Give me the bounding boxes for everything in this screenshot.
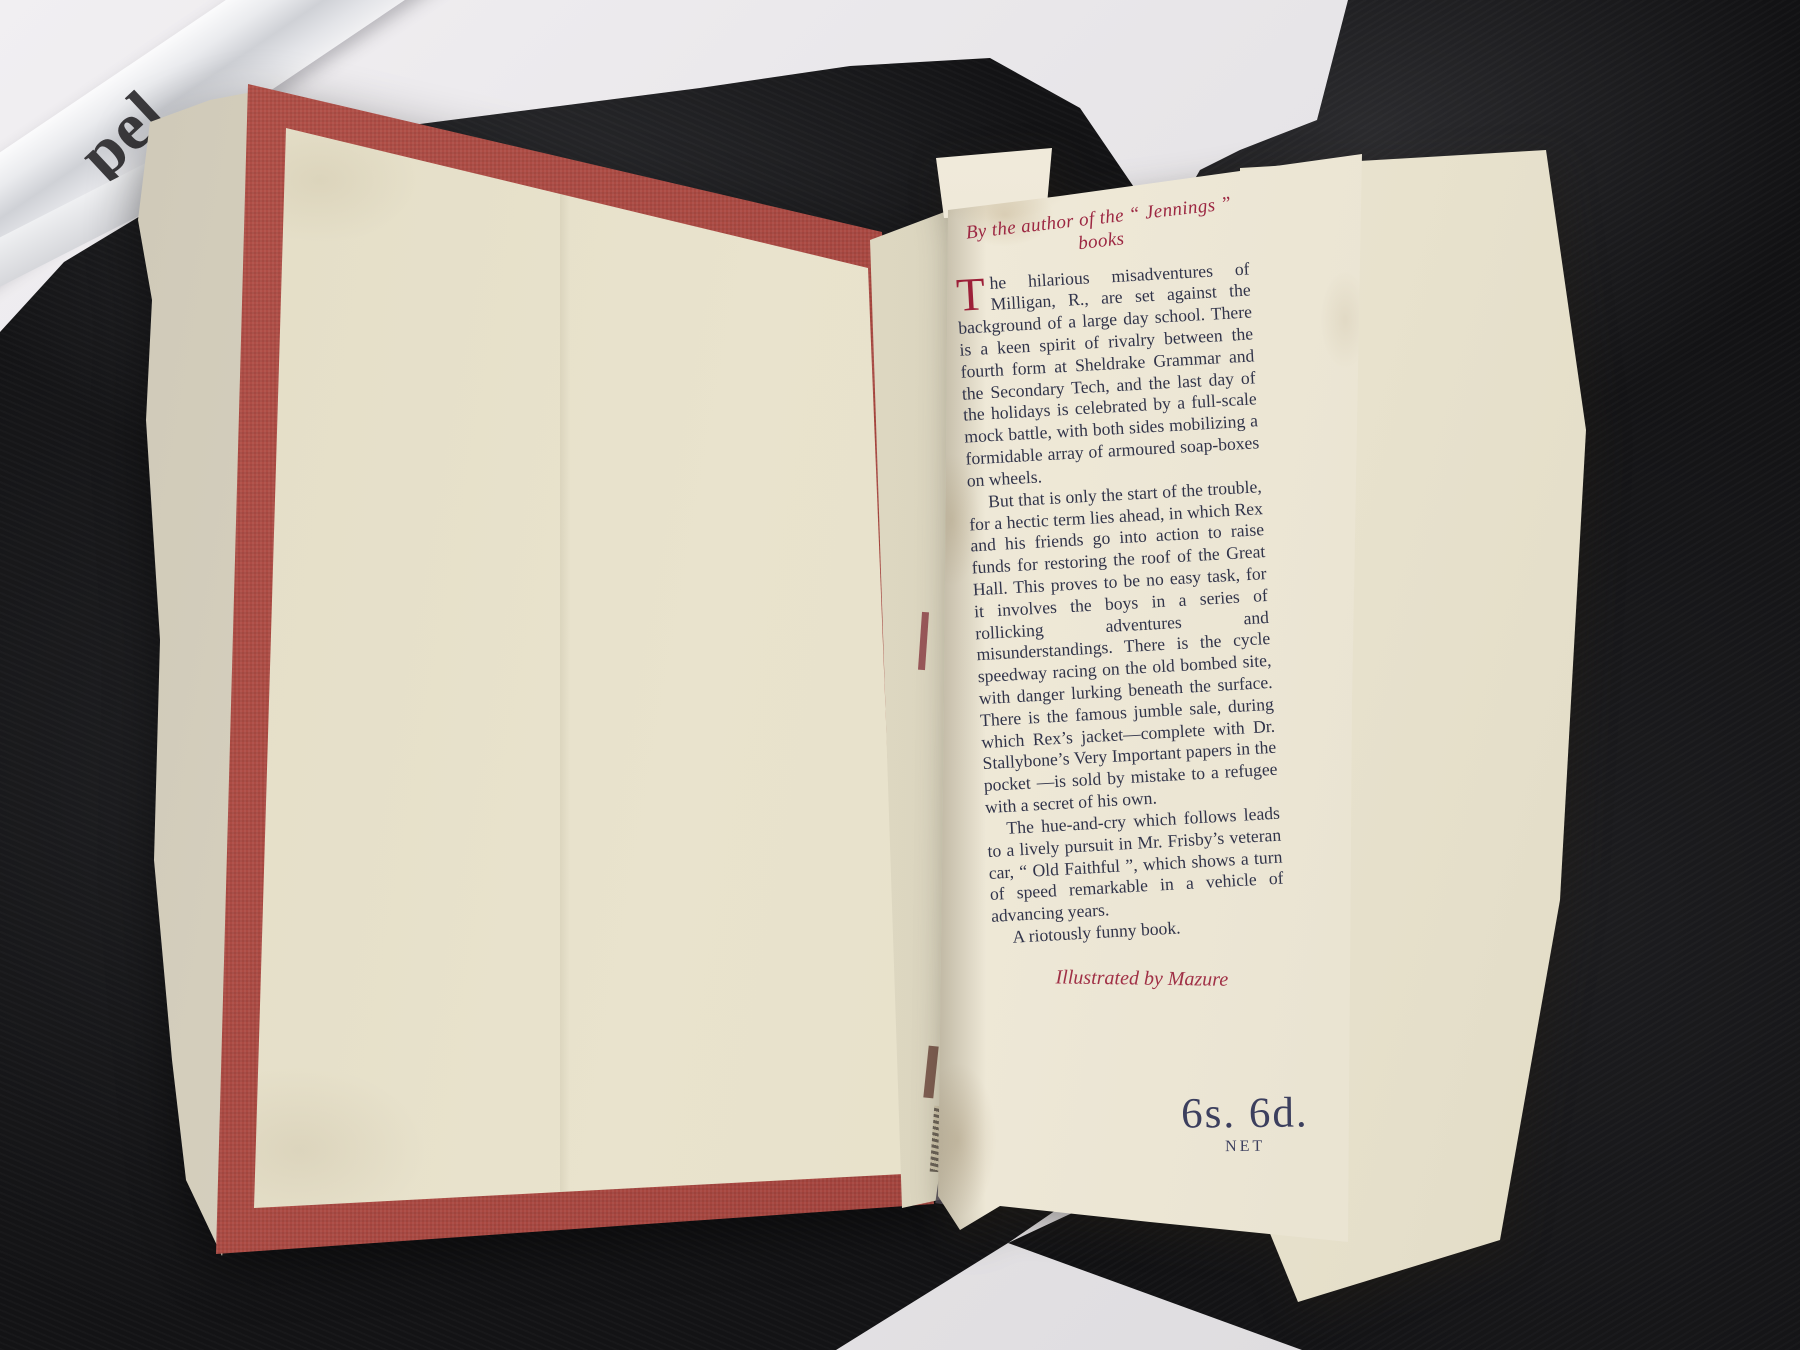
photo-scene: pel By the author of the “ Jennings ” bo… <box>0 0 1800 1350</box>
drop-cap: T <box>955 273 991 315</box>
blurb-paragraph-3: The hue-and-cry which follows leads to a… <box>986 803 1286 928</box>
price-qualifier: NET <box>1150 1137 1340 1157</box>
flap-blurb: By the author of the “ Jennings ” books … <box>952 200 1289 999</box>
illustrator-credit: Illustrated by Mazure <box>995 965 1289 992</box>
blurb-paragraph-2: But that is only the start of the troubl… <box>967 476 1279 819</box>
price: 6s. 6d. <box>1150 1091 1340 1136</box>
dust-jacket-right: By the author of the “ Jennings ” books … <box>0 0 1800 1350</box>
jacket-back-panel <box>0 0 1800 1350</box>
price-block: 6s. 6d. NET <box>1150 1091 1341 1157</box>
blurb-paragraph-1-text: he hilarious misadventures of Milligan, … <box>958 258 1260 490</box>
blurb-paragraph-1: The hilarious misadventures of Milligan,… <box>955 258 1261 492</box>
